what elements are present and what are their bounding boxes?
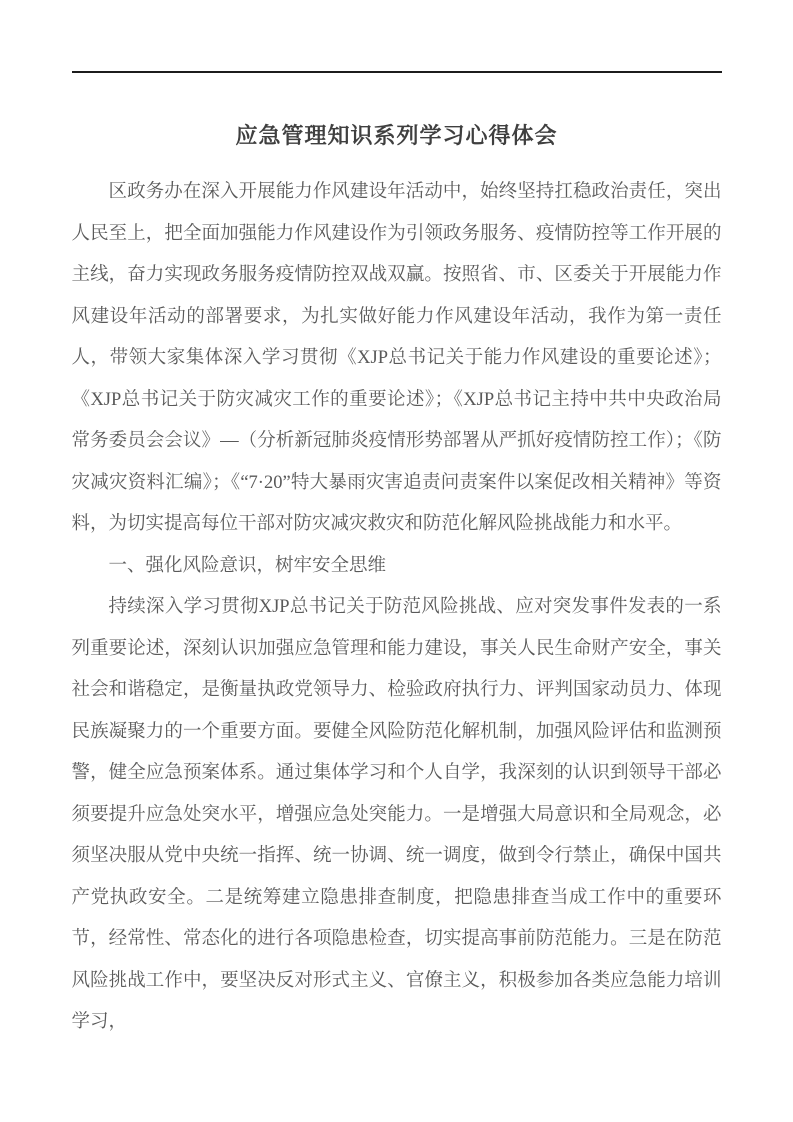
paragraph-intro: 区政务办在深入开展能力作风建设年活动中，始终坚持扛稳政治责任，突出人民至上，把全…: [72, 172, 722, 546]
paragraph-section-1-body: 持续深入学习贯彻XJP总书记关于防范风险挑战、应对突发事件发表的一系列重要论述，…: [72, 587, 722, 1044]
header-rule: [72, 71, 722, 73]
document-page: 应急管理知识系列学习心得体会 区政务办在深入开展能力作风建设年活动中，始终坚持扛…: [0, 0, 793, 1122]
section-heading-1: 一、强化风险意识，树牢安全思维: [72, 546, 722, 588]
document-body: 区政务办在深入开展能力作风建设年活动中，始终坚持扛稳政治责任，突出人民至上，把全…: [72, 172, 722, 1044]
document-title: 应急管理知识系列学习心得体会: [0, 122, 793, 150]
